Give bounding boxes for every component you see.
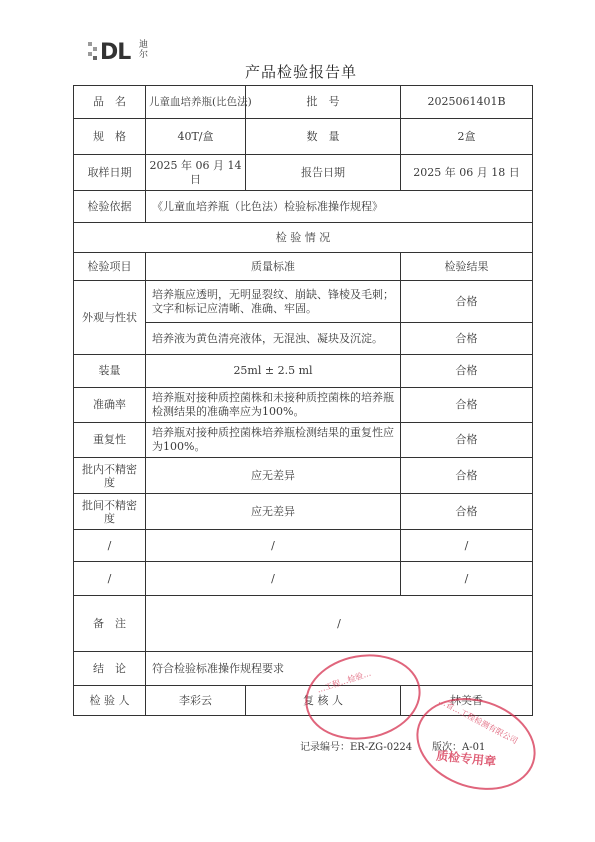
batch-value: 2025061401B [401, 86, 533, 119]
col-header-result: 检验结果 [401, 253, 533, 281]
inspector-label: 检 验 人 [74, 686, 146, 716]
table-row: / / / [74, 562, 533, 596]
report-date-label: 报告日期 [246, 155, 401, 191]
row-item: 批内不精密度 [74, 458, 146, 494]
logo-dots-icon [88, 42, 100, 60]
row-conclusion: 结 论 符合检验标准操作规程要求 [74, 652, 533, 686]
table-row: 批间不精密度 应无差异 合格 [74, 494, 533, 530]
stamp-text: …工程…检验… [316, 668, 373, 696]
row-result: 合格 [401, 355, 533, 388]
row-standard: 应无差异 [146, 494, 401, 530]
logo-mark: DL [100, 40, 130, 65]
section-title: 检 验 情 况 [74, 223, 533, 253]
sample-date-label: 取样日期 [74, 155, 146, 191]
row-basis: 检验依据 《儿童血培养瓶（比色法）检验标准操作规程》 [74, 191, 533, 223]
row-section-title: 检 验 情 况 [74, 223, 533, 253]
row-dates: 取样日期 2025 年 06 月 14 日 报告日期 2025 年 06 月 1… [74, 155, 533, 191]
basis-value: 《儿童血培养瓶（比色法）检验标准操作规程》 [146, 191, 533, 223]
table-row: 准确率 培养瓶对接种质控菌株和未接种质控菌株的培养瓶检测结果的准确率应为100%… [74, 388, 533, 423]
page-title: 产品检验报告单 [245, 61, 357, 82]
row-column-headers: 检验项目 质量标准 检验结果 [74, 253, 533, 281]
row-result: 合格 [401, 323, 533, 355]
row-item: / [74, 562, 146, 596]
row-result: 合格 [401, 494, 533, 530]
row-standard: / [146, 562, 401, 596]
row-item: 重复性 [74, 423, 146, 458]
spec-label: 规 格 [74, 119, 146, 155]
row-standard: 培养瓶应透明，无明显裂纹、崩缺、锋棱及毛刺；文字和标记应清晰、准确、牢固。 [146, 281, 401, 323]
row-result: 合格 [401, 388, 533, 423]
row-result: / [401, 562, 533, 596]
sample-date: 2025 年 06 月 14 日 [146, 155, 246, 191]
row-product: 品 名 儿童血培养瓶(比色法) 批 号 2025061401B [74, 86, 533, 119]
row-standard: 培养瓶对接种质控菌株培养瓶检测结果的重复性应为100%。 [146, 423, 401, 458]
row-item: / [74, 530, 146, 562]
col-header-item: 检验项目 [74, 253, 146, 281]
row-item: 批间不精密度 [74, 494, 146, 530]
product-name-label: 品 名 [74, 86, 146, 119]
spec-value: 40T/盒 [146, 119, 246, 155]
company-logo: DL 迪尔 [88, 40, 158, 70]
row-spec: 规 格 40T/盒 数 量 2盒 [74, 119, 533, 155]
row-result: / [401, 530, 533, 562]
row-remarks: 备 注 / [74, 596, 533, 652]
basis-label: 检验依据 [74, 191, 146, 223]
remarks-value: / [146, 596, 533, 652]
report-table: 品 名 儿童血培养瓶(比色法) 批 号 2025061401B 规 格 40T/… [73, 85, 533, 716]
row-result: 合格 [401, 281, 533, 323]
table-row: 装量 25ml ± 2.5 ml 合格 [74, 355, 533, 388]
table-row: 批内不精密度 应无差异 合格 [74, 458, 533, 494]
product-name: 儿童血培养瓶(比色法) [146, 86, 246, 119]
row-standard: / [146, 530, 401, 562]
col-header-standard: 质量标准 [146, 253, 401, 281]
quantity-label: 数 量 [246, 119, 401, 155]
row-standard: 培养液为黄色清亮液体，无混浊、凝块及沉淀。 [146, 323, 401, 355]
row-result: 合格 [401, 423, 533, 458]
quantity-value: 2盒 [401, 119, 533, 155]
row-result: 合格 [401, 458, 533, 494]
stamp-center-text: 质检专用章 [435, 747, 496, 770]
table-row: / / / [74, 530, 533, 562]
record-number: 记录编号：ER-ZG-0224 [300, 738, 412, 753]
inspector-name: 李彩云 [146, 686, 246, 716]
row-standard: 培养瓶对接种质控菌株和未接种质控菌株的培养瓶检测结果的准确率应为100%。 [146, 388, 401, 423]
report-date: 2025 年 06 月 18 日 [401, 155, 533, 191]
conclusion-label: 结 论 [74, 652, 146, 686]
table-row: 外观与性状 培养瓶应透明，无明显裂纹、崩缺、锋棱及毛刺；文字和标记应清晰、准确、… [74, 281, 533, 323]
row-item: 外观与性状 [74, 281, 146, 355]
row-item: 装量 [74, 355, 146, 388]
remarks-label: 备 注 [74, 596, 146, 652]
row-standard: 应无差异 [146, 458, 401, 494]
row-item: 准确率 [74, 388, 146, 423]
batch-label: 批 号 [246, 86, 401, 119]
row-standard: 25ml ± 2.5 ml [146, 355, 401, 388]
logo-cn: 迪尔 [139, 40, 148, 60]
table-row: 重复性 培养瓶对接种质控菌株培养瓶检测结果的重复性应为100%。 合格 [74, 423, 533, 458]
